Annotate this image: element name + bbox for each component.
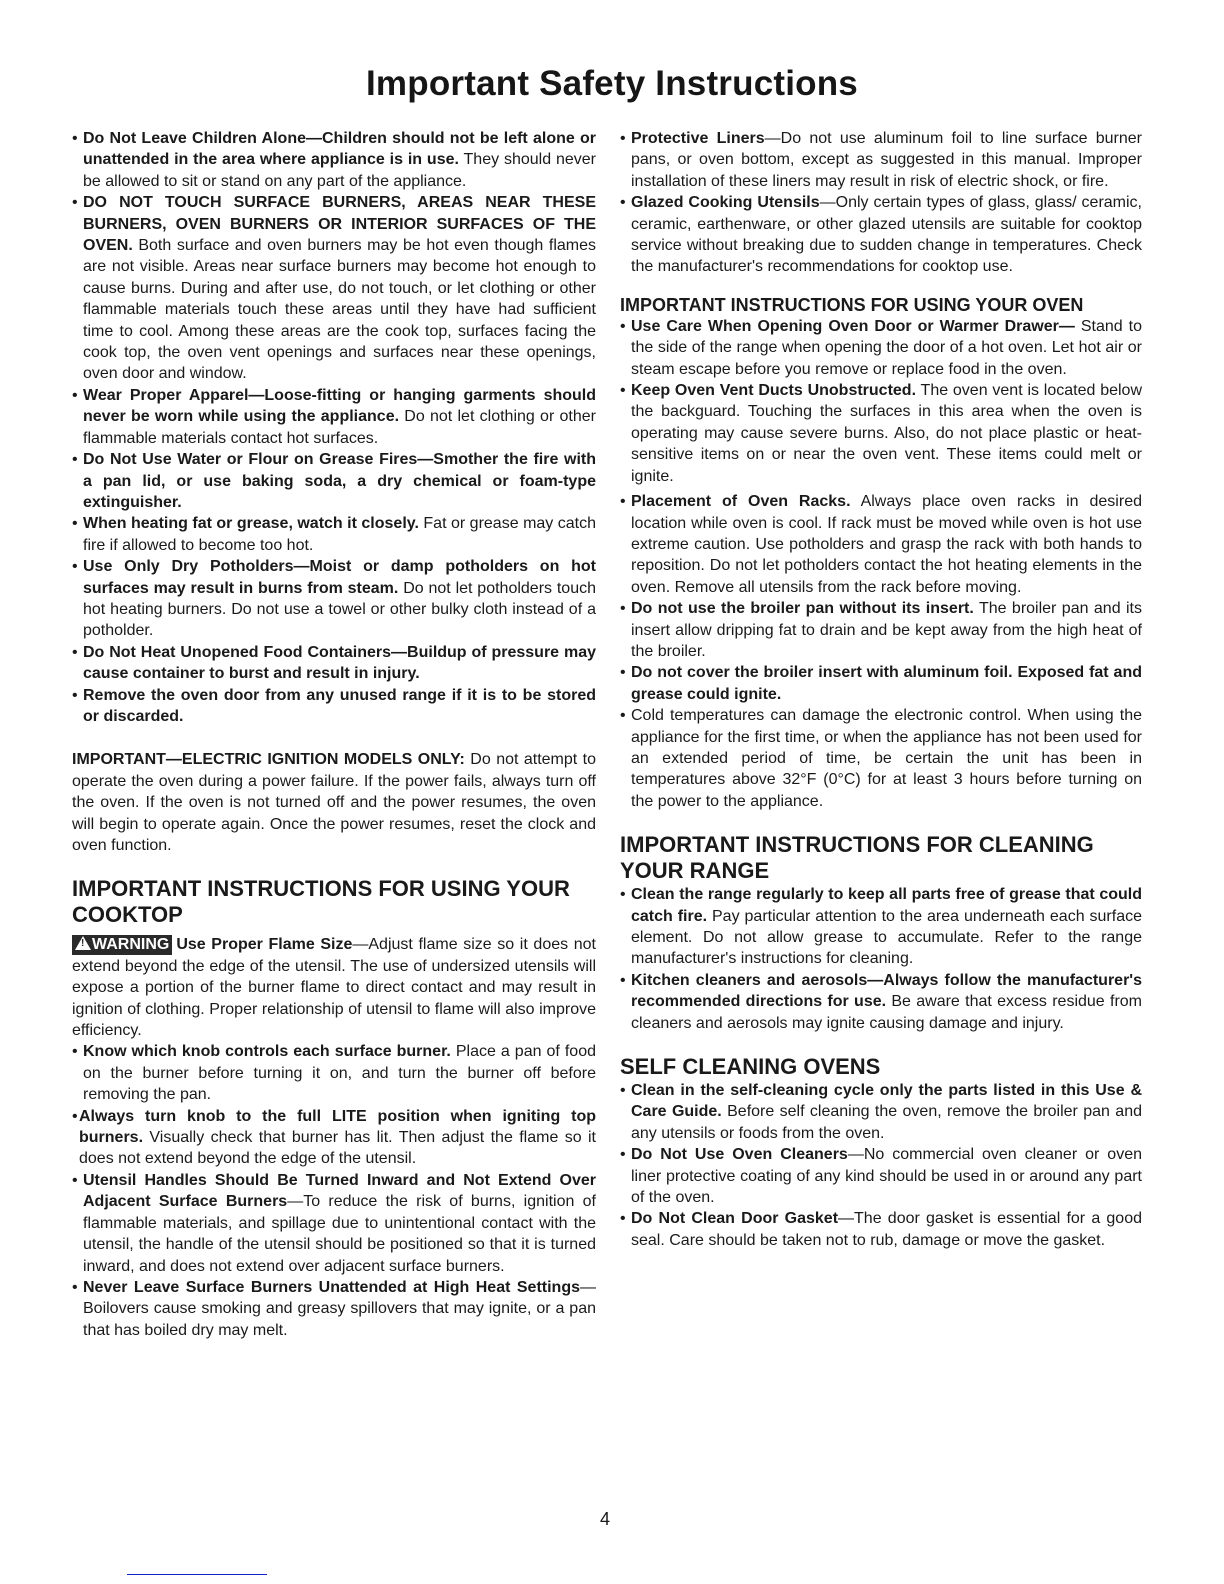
electric-ignition-note: IMPORTANT—ELECTRIC IGNITION MODELS ONLY:… xyxy=(72,749,596,856)
cooktop-list: Know which knob controls each surface bu… xyxy=(72,1041,596,1341)
list-item: Do Not Heat Unopened Food Containers—Bui… xyxy=(72,642,596,685)
oven-list: Use Care When Opening Oven Door or Warme… xyxy=(620,316,1142,812)
cooktop-heading: IMPORTANT INSTRUCTIONS FOR USING YOUR CO… xyxy=(72,876,596,928)
list-item: When heating fat or grease, watch it clo… xyxy=(72,513,596,556)
warning-triangle-icon xyxy=(75,936,91,950)
warning-badge: WARNING xyxy=(72,935,172,955)
page-number: 4 xyxy=(600,1509,610,1530)
list-item: Never Leave Surface Burners Unattended a… xyxy=(72,1277,596,1341)
list-item: Use Only Dry Potholders—Moist or damp po… xyxy=(72,556,596,642)
left-column: Do Not Leave Children Alone—Children sho… xyxy=(72,128,596,1341)
flame-size-warning: WARNINGUse Proper Flame Size—Adjust flam… xyxy=(72,934,596,1041)
right-column: Protective Liners—Do not use aluminum fo… xyxy=(620,128,1142,1251)
liners-utensils-list: Protective Liners—Do not use aluminum fo… xyxy=(620,128,1142,278)
list-item: Know which knob controls each surface bu… xyxy=(72,1041,596,1105)
list-item: Cold temperatures can damage the electro… xyxy=(620,705,1142,812)
list-item: Protective Liners—Do not use aluminum fo… xyxy=(620,128,1142,192)
cleaning-heading: IMPORTANT INSTRUCTIONS FOR CLEANING YOUR… xyxy=(620,832,1142,884)
list-item: Glazed Cooking Utensils—Only certain typ… xyxy=(620,192,1142,278)
list-item: Clean in the self-cleaning cycle only th… xyxy=(620,1080,1142,1144)
list-item: DO NOT TOUCH SURFACE BURNERS, AREAS NEAR… xyxy=(72,192,596,385)
list-item: Do not use the broiler pan without its i… xyxy=(620,598,1142,662)
list-item: Clean the range regularly to keep all pa… xyxy=(620,884,1142,970)
self-cleaning-list: Clean in the self-cleaning cycle only th… xyxy=(620,1080,1142,1251)
oven-heading: IMPORTANT INSTRUCTIONS FOR USING YOUR OV… xyxy=(620,294,1142,316)
list-item: Do Not Use Water or Flour on Grease Fire… xyxy=(72,449,596,513)
list-item: Always turn knob to the full LITE positi… xyxy=(72,1106,596,1170)
list-item: Do Not Clean Door Gasket—The door gasket… xyxy=(620,1208,1142,1251)
list-item: Kitchen cleaners and aerosols—Always fol… xyxy=(620,970,1142,1034)
list-item: Do Not Leave Children Alone—Children sho… xyxy=(72,128,596,192)
list-item: Do Not Use Oven Cleaners—No commercial o… xyxy=(620,1144,1142,1208)
list-item: Keep Oven Vent Ducts Unobstructed. The o… xyxy=(620,380,1142,487)
list-item: Wear Proper Apparel—Loose-fitting or han… xyxy=(72,385,596,449)
page-title: Important Safety Instructions xyxy=(0,64,1224,104)
list-item: Remove the oven door from any unused ran… xyxy=(72,685,596,728)
cleaning-list: Clean the range regularly to keep all pa… xyxy=(620,884,1142,1034)
list-item: Placement of Oven Racks. Always place ov… xyxy=(620,491,1142,598)
list-item: Do not cover the broiler insert with alu… xyxy=(620,662,1142,705)
general-safety-list: Do Not Leave Children Alone—Children sho… xyxy=(72,128,596,727)
list-item: Utensil Handles Should Be Turned Inward … xyxy=(72,1170,596,1277)
self-cleaning-heading: SELF CLEANING OVENS xyxy=(620,1054,1142,1080)
list-item: Use Care When Opening Oven Door or Warme… xyxy=(620,316,1142,380)
link-underline xyxy=(127,1574,267,1575)
